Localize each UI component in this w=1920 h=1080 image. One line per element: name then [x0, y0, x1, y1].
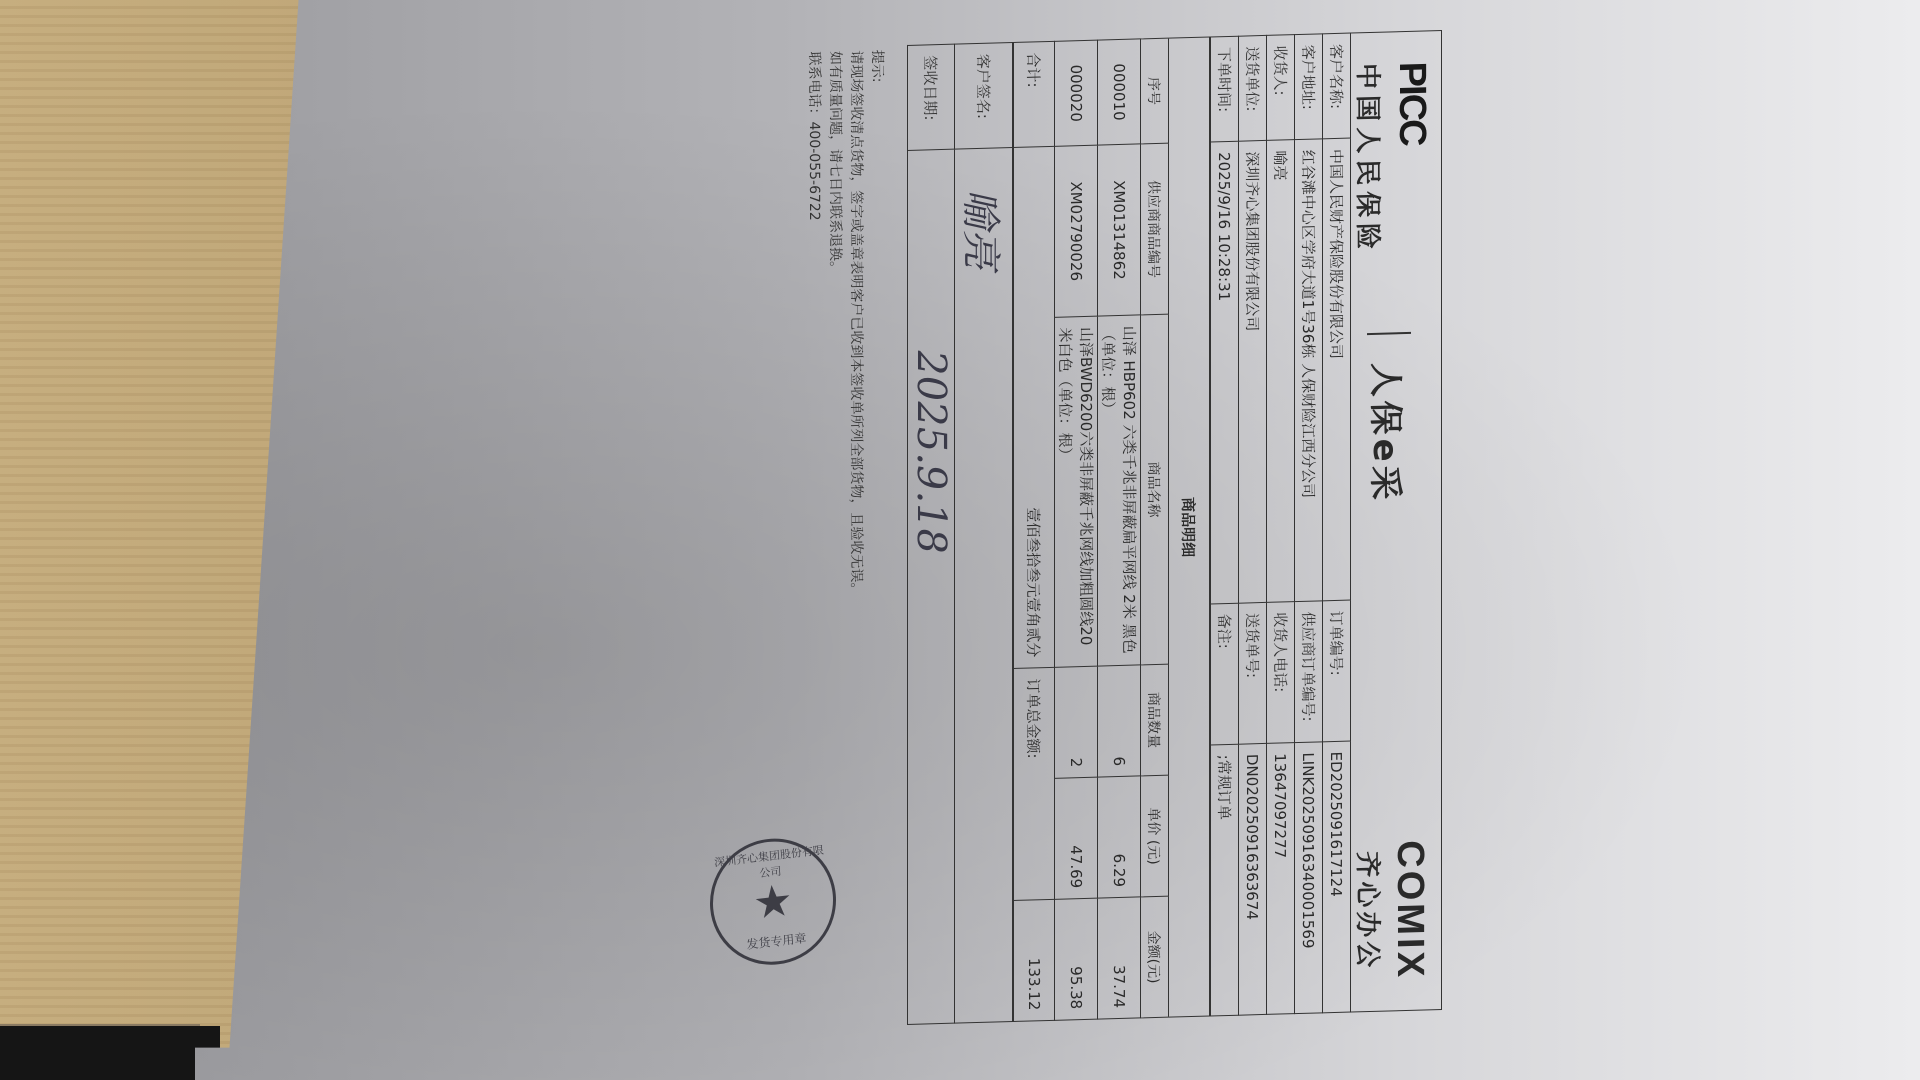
recipient: 喻亮	[1267, 140, 1295, 602]
logo-separator	[1367, 332, 1411, 335]
sign-date: 2025.9.18	[908, 149, 955, 1024]
delivery-company: 深圳齐心集团股份有限公司	[1239, 140, 1267, 602]
order-info-table: 客户名称: 中国人民财产保险股份有限公司 订单编号: ED20250916171…	[1210, 33, 1351, 1017]
platform-logo: 人保e采	[1364, 362, 1413, 504]
total-in-words: 壹佰叁拾叁元壹角贰分	[1014, 146, 1055, 668]
receipt-header: PICC 中国人民保险 人保e采 COMIX 齐心办公	[1351, 30, 1442, 1013]
comix-logo: COMIX 齐心办公	[1351, 840, 1431, 982]
supplier-order-number: LINK20250916340001569	[1295, 742, 1323, 1014]
signature-table: 客户签名: 喻亮 签收日期: 2025.9.18	[907, 42, 1013, 1025]
floor-shadow	[0, 1026, 220, 1080]
order-time: 2025/9/16 10:28:31	[1211, 141, 1239, 603]
customer-address: 红谷滩中心区学府大道1号36栋 人保财险江西分公司	[1295, 139, 1323, 601]
recipient-phone: 13647097277	[1267, 742, 1295, 1014]
table-row: 000010 XM01314862 山泽 HBP602 六类千兆非屏蔽扁平网线 …	[1098, 39, 1141, 1019]
remarks: ;常规订单	[1211, 744, 1239, 1016]
customer-signature: 喻亮	[955, 147, 1013, 1023]
total-row: 合计: 壹佰叁拾叁元壹角贰分 订单总金额: 133.12	[1014, 41, 1055, 1021]
picc-logo: PICC 中国人民保险	[1351, 61, 1433, 255]
table-row: 000020 XM02790026 山泽BWD6200六类非屏蔽千兆网线加粗圆线…	[1055, 40, 1098, 1020]
order-number: ED20250916171​24	[1323, 741, 1351, 1013]
items-table: 商品明细 序号 供应商商品编号 商品名称 商品数量 单价 (元) 金额(元) 0…	[1013, 36, 1210, 1022]
customer-name: 中国人民财产保险股份有限公司	[1323, 138, 1351, 600]
items-header-row: 序号 供应商商品编号 商品名称 商品数量 单价 (元) 金额(元)	[1141, 38, 1169, 1018]
delivery-receipt: PICC 中国人民保险 人保e采 COMIX 齐心办公 客户名称: 中国人民财产…	[682, 30, 1442, 1031]
delivery-number: DN020250916363674	[1239, 743, 1267, 1015]
order-total: 133.12	[1014, 899, 1055, 1021]
star-icon: ★	[751, 874, 795, 929]
items-section-title: 商品明细	[1169, 37, 1210, 1017]
